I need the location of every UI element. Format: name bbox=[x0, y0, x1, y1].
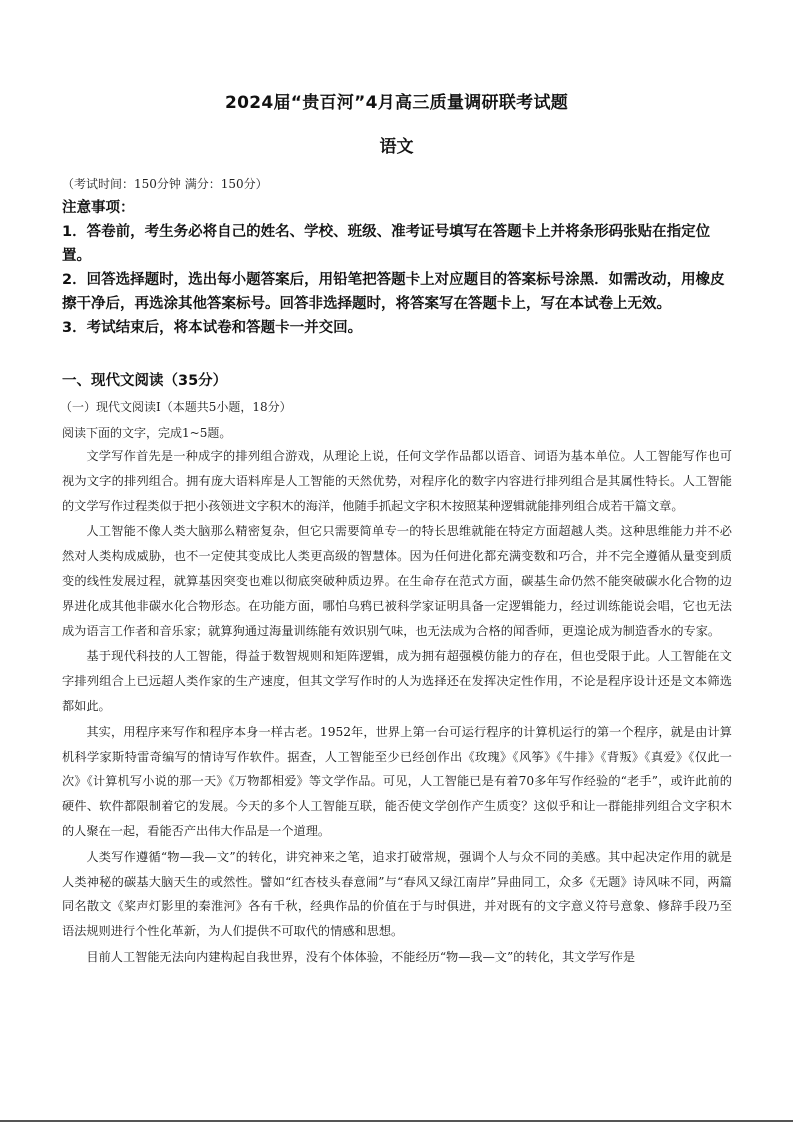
notes-heading: 注意事项： bbox=[62, 196, 732, 220]
exam-page: 2024届“贵百河”4月高三质量调研联考试题 语文 （考试时间：150分钟 满分… bbox=[0, 0, 793, 1122]
section-heading: 一、现代文阅读（35分） bbox=[62, 369, 227, 390]
notes-section: 注意事项： 1．答卷前，考生务必将自己的姓名、学校、班级、准考证号填写在答题卡上… bbox=[62, 196, 732, 340]
reading-passage: 文学写作首先是一种成字的排列组合游戏，从理论上说，任何文学作品都以语音、词语为基… bbox=[62, 444, 732, 971]
exam-title: 2024届“贵百河”4月高三质量调研联考试题 bbox=[0, 88, 793, 113]
passage-paragraph: 文学写作首先是一种成字的排列组合游戏，从理论上说，任何文学作品都以语音、词语为基… bbox=[62, 444, 732, 518]
subject-title: 语文 bbox=[0, 132, 793, 157]
reading-instruction: 阅读下面的文字，完成1~5题。 bbox=[62, 424, 231, 441]
passage-paragraph: 基于现代科技的人工智能，得益于数智规则和矩阵逻辑，成为拥有超强模仿能力的存在，但… bbox=[62, 644, 732, 718]
passage-paragraph: 目前人工智能无法向内建构起自我世界，没有个体体验，不能经历“物—我—文”的转化，… bbox=[62, 945, 732, 970]
subsection-heading: （一）现代文阅读Ⅰ（本题共5小题，18分） bbox=[60, 398, 292, 415]
passage-paragraph: 人工智能不像人类大脑那么精密复杂，但它只需要简单专一的特长思维就能在特定方面超越… bbox=[62, 519, 732, 643]
passage-paragraph: 其实，用程序来写作和程序本身一样古老。1952年，世界上第一台可运行程序的计算机… bbox=[62, 720, 732, 844]
notes-item: 3．考试结束后，将本试卷和答题卡一并交回。 bbox=[62, 316, 732, 340]
passage-paragraph: 人类写作遵循“物—我—文”的转化，讲究神来之笔，追求打破常规，强调个人与众不同的… bbox=[62, 845, 732, 944]
notes-item: 1．答卷前，考生务必将自己的姓名、学校、班级、准考证号填写在答题卡上并将条形码张… bbox=[62, 220, 732, 268]
exam-info: （考试时间：150分钟 满分：150分） bbox=[62, 175, 268, 192]
notes-item: 2．回答选择题时，选出每小题答案后，用铅笔把答题卡上对应题目的答案标号涂黑．如需… bbox=[62, 268, 732, 316]
